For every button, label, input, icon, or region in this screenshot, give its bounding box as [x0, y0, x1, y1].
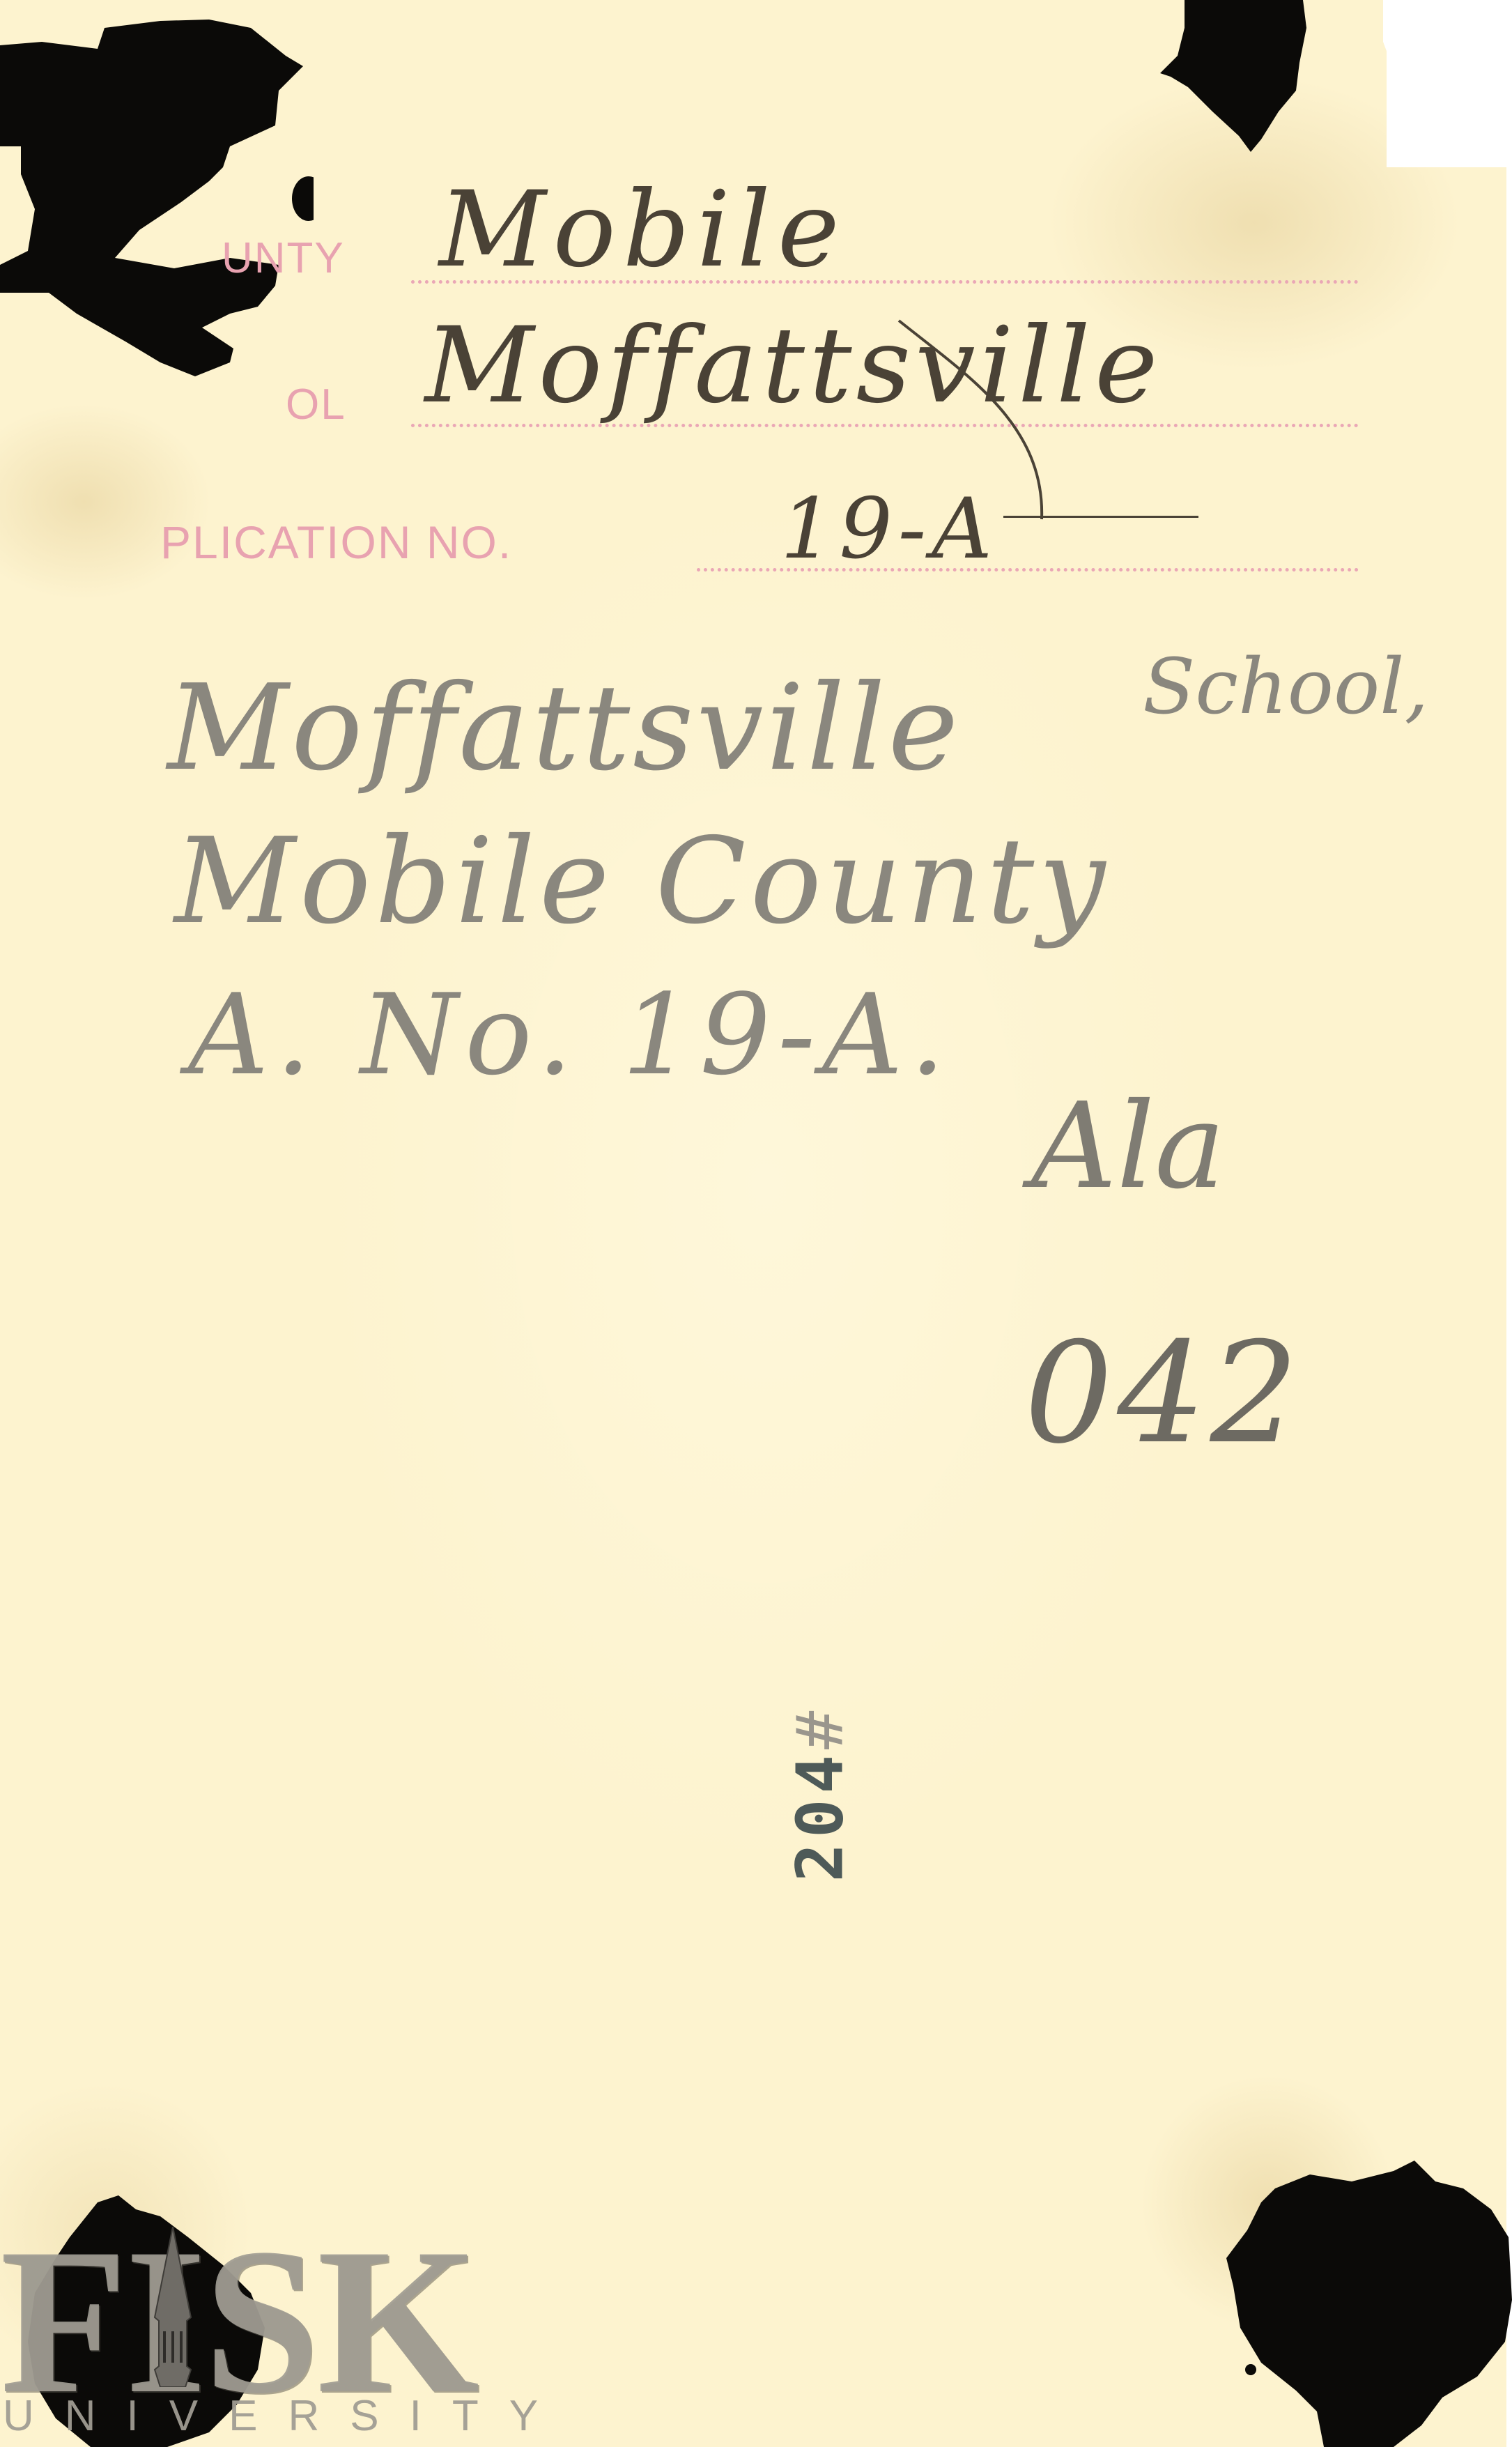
- application-no-value: 19-A: [780, 488, 998, 572]
- stamped-number: 204#: [782, 1705, 857, 1882]
- application-no-underline: [1003, 516, 1198, 518]
- pencil-county: Mobile County: [174, 822, 1109, 941]
- county-value: Mobile: [439, 178, 847, 282]
- ink-blot-top-right: [1157, 0, 1324, 167]
- county-label: UNTY: [222, 237, 345, 280]
- pencil-state: Ala: [1031, 1087, 1226, 1206]
- application-no-label: PLICATION NO.: [160, 519, 512, 565]
- pencil-school-word: School,: [1143, 648, 1428, 725]
- pencil-number: 042: [1024, 1324, 1303, 1464]
- torn-corner: [1387, 0, 1512, 167]
- ink-blot-top-left: [0, 0, 314, 376]
- stamp-hash-mark: #: [782, 1705, 857, 1749]
- pencil-application-no: A. No. 19-A.: [188, 979, 952, 1091]
- university-subtitle: UNIVERSITY: [3, 2395, 569, 2438]
- school-label: OL: [286, 383, 346, 427]
- ink-blot-bottom-right: [1185, 2133, 1512, 2447]
- chapel-spire-icon: [145, 2227, 201, 2387]
- pencil-school-name: Moffattsville: [167, 669, 961, 788]
- stamp-digits: 204: [782, 1749, 857, 1882]
